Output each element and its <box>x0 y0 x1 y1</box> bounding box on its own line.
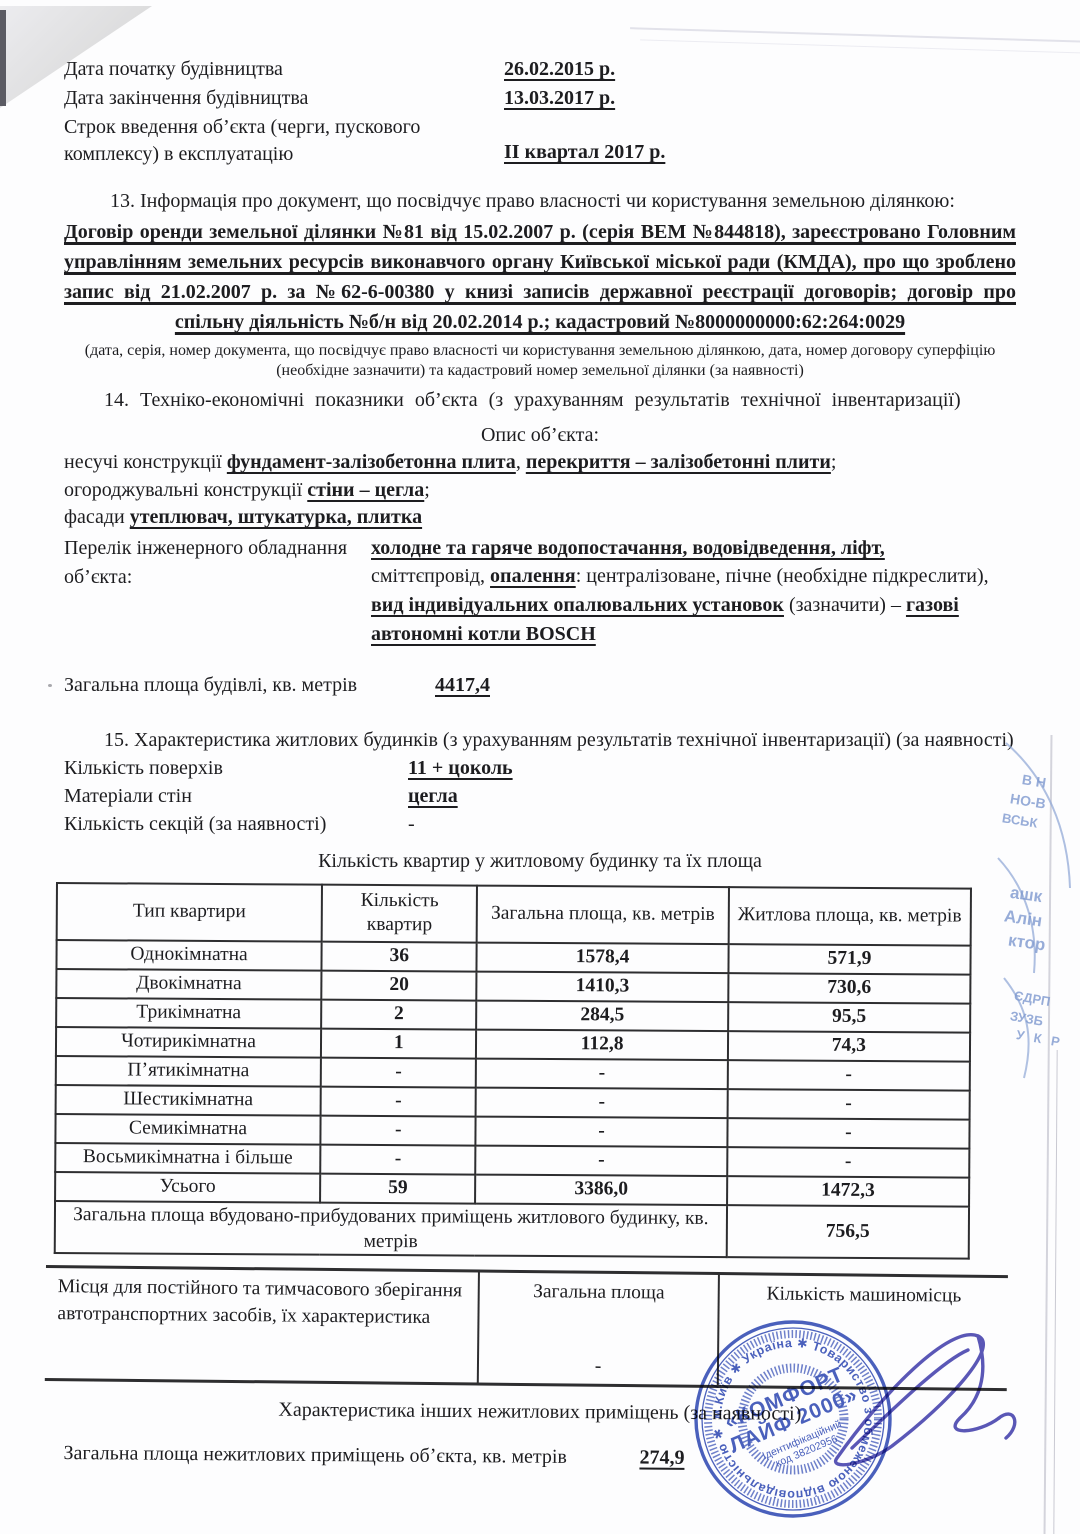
building-area-row: Загальна площа будівлі, кв. метрів 4417,… <box>64 672 1016 699</box>
document-content: Дата початку будівництва 26.02.2015 р. Д… <box>0 0 1080 1534</box>
text-segment: , <box>516 451 526 473</box>
walls-row: Матеріали стін цегла <box>64 782 1016 810</box>
parking-area-value: - <box>479 1352 718 1381</box>
section-13-heading: 13. Інформація про документ, що посвідчу… <box>64 188 1016 215</box>
apartments-table: Тип квартири Кількість квартир Загальна … <box>54 882 972 1260</box>
parking-area-header: Загальна площа <box>533 1281 665 1303</box>
sections-row: Кількість секцій (за наявності) - <box>64 810 1016 838</box>
cell-type: Трикімнатна <box>56 998 321 1029</box>
cell-total-area: - <box>476 1087 728 1118</box>
underlined-value: холодне та гаряче водопостачання, водові… <box>371 537 885 559</box>
text-segment: ; <box>831 451 837 473</box>
col-header-type: Тип квартири <box>57 883 322 941</box>
section-15-heading: 15. Характеристика житлових будинків (з … <box>64 727 1016 754</box>
cell-count: 20 <box>321 971 477 1001</box>
handwritten-signature <box>792 1306 1032 1501</box>
cell-type: Семикімнатна <box>55 1114 320 1145</box>
edge-partial-stamp: В Н НО-В ВСЬК ашк Алін ктор ЄДРП ЗУЗБ У … <box>976 738 1080 1088</box>
cell-living-area: - <box>727 1089 969 1119</box>
cell-type: Чотирикімнатна <box>56 1027 321 1058</box>
scanned-document-page: Дата початку будівництва 26.02.2015 р. Д… <box>0 0 1080 1534</box>
cell-total-area: 3386,0 <box>475 1174 727 1205</box>
section-13-note: (дата, серія, номер документа, що посвід… <box>64 341 1016 381</box>
cell-total-area: 1578,4 <box>477 942 729 973</box>
facades-line: фасади утеплювач, штукатурка, плитка <box>64 504 1016 532</box>
cell-type: П’ятикімнатна <box>56 1056 321 1087</box>
land-deed-paragraph: Договір оренди земельної ділянки №81 від… <box>64 217 1016 337</box>
cell-type: Шестикімнатна <box>56 1085 321 1116</box>
floors-value: 11 + цоколь <box>408 754 513 782</box>
nonresidential-area-label: Загальна площа нежитлових приміщень об’є… <box>63 1442 567 1468</box>
construction-start-value: 26.02.2015 р. <box>504 56 615 83</box>
underlined-value: вид індивідуальних опалювальних установо… <box>371 594 784 616</box>
nonresidential-area-value: 274,9 <box>639 1444 684 1471</box>
cell-living-area: - <box>727 1147 969 1177</box>
text-segment: огороджувальні конструкції <box>64 479 307 501</box>
cell-type: Восьмикімнатна і більше <box>55 1143 320 1174</box>
text-segment: фасади <box>64 506 130 528</box>
builtin-premises-area-value: 756,5 <box>726 1205 969 1259</box>
cell-count: - <box>321 1058 477 1088</box>
underlined-value: опалення <box>490 565 576 587</box>
text-segment: ; <box>424 479 430 501</box>
building-area-label: Загальна площа будівлі, кв. метрів <box>64 674 357 696</box>
cell-total-area: - <box>476 1116 728 1147</box>
construction-start-label: Дата початку будівництва <box>64 56 484 83</box>
cell-total-area: 112,8 <box>476 1029 728 1060</box>
cell-living-area: - <box>727 1118 969 1148</box>
engineering-equipment-text: холодне та гаряче водопостачання, водові… <box>371 534 1003 648</box>
text-segment: несучі конструкції <box>64 451 227 473</box>
underlined-value: фундамент-залізобетонна плита <box>227 451 516 473</box>
table-footer-row: Загальна площа вбудовано-прибудованих пр… <box>55 1201 969 1259</box>
text-segment: : централізоване, пічне (необхідне підкр… <box>576 565 989 587</box>
underlined-value: стіни – цегла <box>307 479 424 501</box>
construction-start-row: Дата початку будівництва 26.02.2015 р. <box>64 56 1016 85</box>
construction-end-label: Дата закінчення будівництва <box>64 85 484 112</box>
construction-end-row: Дата закінчення будівництва 13.03.2017 р… <box>64 85 1016 114</box>
floors-label: Кількість поверхів <box>64 757 223 779</box>
cell-total-area: 1410,3 <box>477 971 729 1002</box>
floors-row: Кількість поверхів 11 + цоколь <box>64 754 1016 782</box>
cell-living-area: 1472,3 <box>727 1176 969 1206</box>
cell-living-area: 730,6 <box>728 973 970 1003</box>
cell-count: - <box>320 1145 476 1175</box>
text-segment: сміттєпровід, <box>371 565 490 587</box>
cell-total-area: - <box>476 1058 728 1089</box>
cell-count: - <box>321 1087 477 1117</box>
builtin-premises-area-label: Загальна площа вбудовано-прибудованих пр… <box>55 1201 727 1258</box>
object-description-lines: несучі конструкції фундамент-залізобетон… <box>64 449 1016 532</box>
parking-area-cell: Загальна площа - <box>478 1271 720 1387</box>
engineering-equipment-block: Перелік інженерного обладнання об’єкта: … <box>64 534 1016 648</box>
cell-type: Однокімнатна <box>56 940 321 971</box>
cell-total-area: - <box>476 1145 728 1176</box>
cell-living-area: - <box>728 1060 970 1090</box>
cell-count: - <box>320 1116 476 1146</box>
commissioning-term-value: ІІ квартал 2017 р. <box>504 139 665 166</box>
cell-type: Усього <box>55 1172 320 1203</box>
cell-count: 36 <box>322 942 478 972</box>
commissioning-term-row: Строк введення об’єкта (черги, пускового… <box>64 114 1016 168</box>
walls-label: Матеріали стін <box>64 785 192 807</box>
cell-count: 59 <box>320 1174 476 1204</box>
underlined-value: утеплювач, штукатурка, плитка <box>130 506 422 528</box>
edge-stamp-fragment: В Н <box>1021 770 1048 792</box>
sections-value: - <box>408 810 415 838</box>
construction-end-value: 13.03.2017 р. <box>504 85 615 112</box>
sections-label: Кількість секцій (за наявності) <box>64 813 326 835</box>
engineering-equipment-label: Перелік інженерного обладнання об’єкта: <box>64 534 371 648</box>
cell-count: 1 <box>321 1029 477 1059</box>
cell-total-area: 284,5 <box>477 1000 729 1031</box>
col-header-count: Кількість квартир <box>322 885 478 943</box>
building-area-value: 4417,4 <box>435 672 490 699</box>
text-segment: (зазначити) – <box>784 594 906 616</box>
land-deed-text: Договір оренди земельної ділянки №81 від… <box>64 221 1016 333</box>
underlined-value: перекриття – залізобетонні плити <box>526 451 831 473</box>
enclosing-structures-line: огороджувальні конструкції стіни – цегла… <box>64 477 1016 505</box>
apartments-table-title: Кількість квартир у житловому будинку та… <box>64 848 1016 875</box>
cell-living-area: 95,5 <box>728 1002 970 1032</box>
cell-type: Двокімнатна <box>56 969 321 1000</box>
commissioning-term-label: Строк введення об’єкта (черги, пускового… <box>64 114 484 168</box>
cell-living-area: 571,9 <box>728 944 970 974</box>
col-header-living-area: Житлова площа, кв. метрів <box>728 887 971 945</box>
bearing-structures-line: несучі конструкції фундамент-залізобетон… <box>64 449 1016 477</box>
section-14-heading: 14. Техніко-економічні показники об’єкта… <box>64 387 1016 414</box>
walls-value: цегла <box>408 782 458 810</box>
edge-stamp-fragment: ашк <box>1009 882 1044 909</box>
cell-count: 2 <box>321 1000 477 1030</box>
parking-description-cell: Місця для постійного та тимчасового збер… <box>45 1266 479 1384</box>
apartments-table-header-row: Тип квартири Кількість квартир Загальна … <box>57 883 971 945</box>
object-description-title: Опис об’єкта: <box>64 422 1016 449</box>
signature-strokes <box>792 1306 1032 1501</box>
col-header-total-area: Загальна площа, кв. метрів <box>477 886 729 944</box>
cell-living-area: 74,3 <box>728 1031 970 1061</box>
